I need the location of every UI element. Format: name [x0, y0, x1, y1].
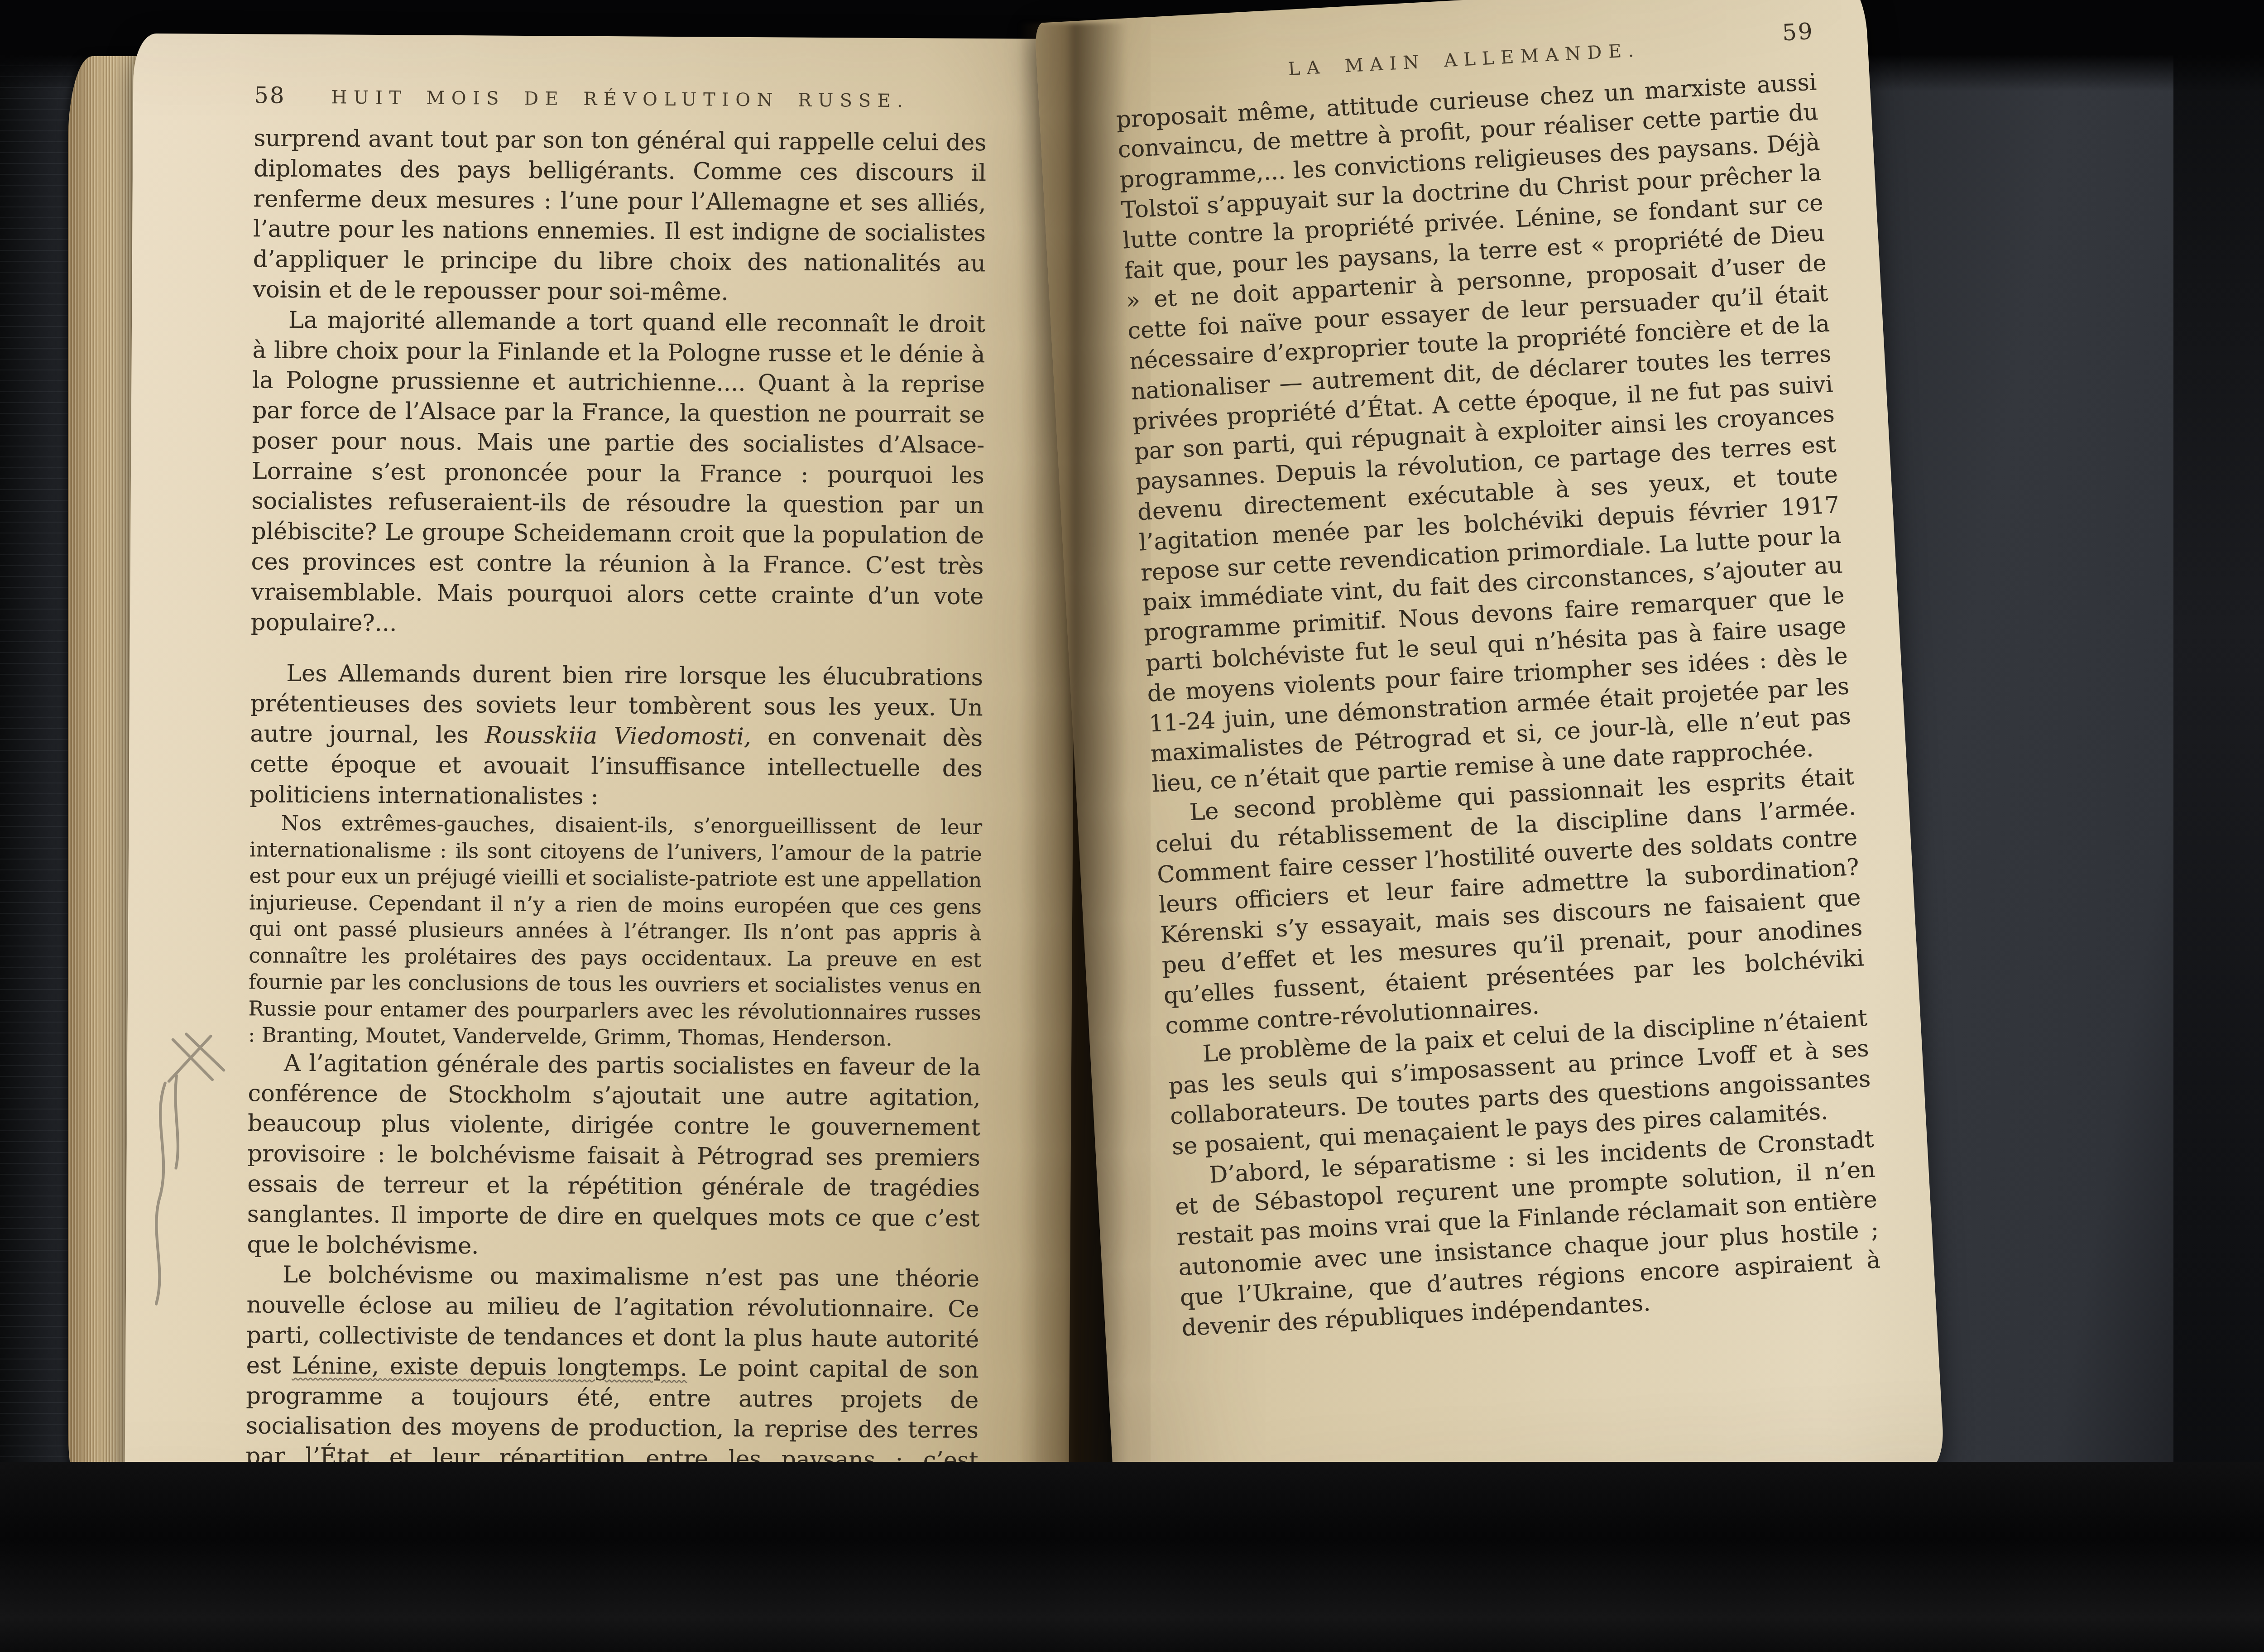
paragraph: Les Allemands durent bien rire lorsque l…: [249, 659, 983, 815]
left-running-head: HUIT MOIS DE RÉVOLUTION RUSSE.: [331, 87, 909, 112]
paragraph: Le second problème qui passionnait les e…: [1153, 762, 1866, 1042]
right-page-text: proposait même, attitude curieuse chez u…: [1116, 67, 1883, 1344]
paragraph: A l’agitation générale des partis social…: [247, 1048, 981, 1264]
right-running-head: LA MAIN ALLEMANDE.: [1288, 40, 1641, 80]
photo-of-open-book: 58 HUIT MOIS DE RÉVOLUTION RUSSE. surpre…: [0, 0, 2264, 1652]
paragraph: proposait même, attitude curieuse chez u…: [1116, 67, 1854, 800]
right-page-number: 59: [1782, 18, 1815, 46]
open-book: 58 HUIT MOIS DE RÉVOLUTION RUSSE. surpre…: [0, 0, 2264, 1652]
journal-title-italic: Rousskiia Viedomosti,: [485, 722, 752, 751]
pencil-underlined-phrase: Lénine, existe depuis longtemps.: [292, 1353, 687, 1382]
paragraph: D’abord, le séparatisme : si les inciden…: [1173, 1124, 1883, 1344]
left-page-text: surprend avant tout par son ton général …: [245, 124, 987, 1537]
left-page: 58 HUIT MOIS DE RÉVOLUTION RUSSE. surpre…: [125, 34, 1078, 1513]
paragraph: surprend avant tout par son ton général …: [253, 124, 986, 310]
paragraph: La majorité allemande a tort quand elle …: [251, 305, 985, 643]
block-quote: Nos extrêmes-gauches, disaient-ils, s’en…: [248, 810, 982, 1053]
pencil-scribble: [142, 918, 240, 1420]
left-page-header: 58 HUIT MOIS DE RÉVOLUTION RUSSE.: [254, 82, 987, 113]
left-page-number: 58: [254, 82, 286, 109]
background-bottom-shadow: [0, 1462, 2264, 1652]
right-page: LA MAIN ALLEMANDE. 59 proposait même, at…: [1035, 0, 1945, 1514]
